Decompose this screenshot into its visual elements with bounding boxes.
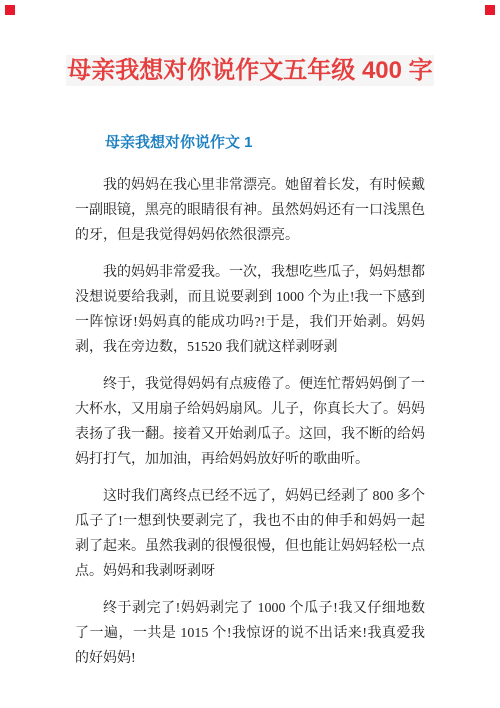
corner-mark-top-right: [485, 5, 495, 15]
corner-mark-top-left: [5, 5, 15, 15]
page-title: 母亲我想对你说作文五年级 400 字: [0, 0, 500, 88]
paragraph-2: 我的妈妈非常爱我。一次，我想吃些瓜子，妈妈想都没想说要给我剥，而且说要剥到 10…: [75, 260, 425, 360]
paragraph-5: 终于剥完了!妈妈剥完了 1000 个瓜子!我又仔细地数了一遍，一共是 1015 …: [75, 596, 425, 671]
paragraph-3: 终于，我觉得妈妈有点疲倦了。便连忙帮妈妈倒了一大杯水，又用扇子给妈妈扇风。儿子，…: [75, 372, 425, 472]
article-body: 母亲我想对你说作文 1 我的妈妈在我心里非常漂亮。她留着长发，有时候戴一副眼镜，…: [0, 132, 500, 671]
paragraph-1: 我的妈妈在我心里非常漂亮。她留着长发，有时候戴一副眼镜，黑亮的眼睛很有神。虽然妈…: [75, 173, 425, 248]
paragraph-4: 这时我们离终点已经不远了，妈妈已经剥了 800 多个瓜子了!一想到快要剥完了，我…: [75, 484, 425, 584]
section-heading: 母亲我想对你说作文 1: [105, 132, 425, 153]
page-title-text: 母亲我想对你说作文五年级 400 字: [66, 55, 433, 86]
document-page: 母亲我想对你说作文五年级 400 字 母亲我想对你说作文 1 我的妈妈在我心里非…: [0, 0, 500, 708]
